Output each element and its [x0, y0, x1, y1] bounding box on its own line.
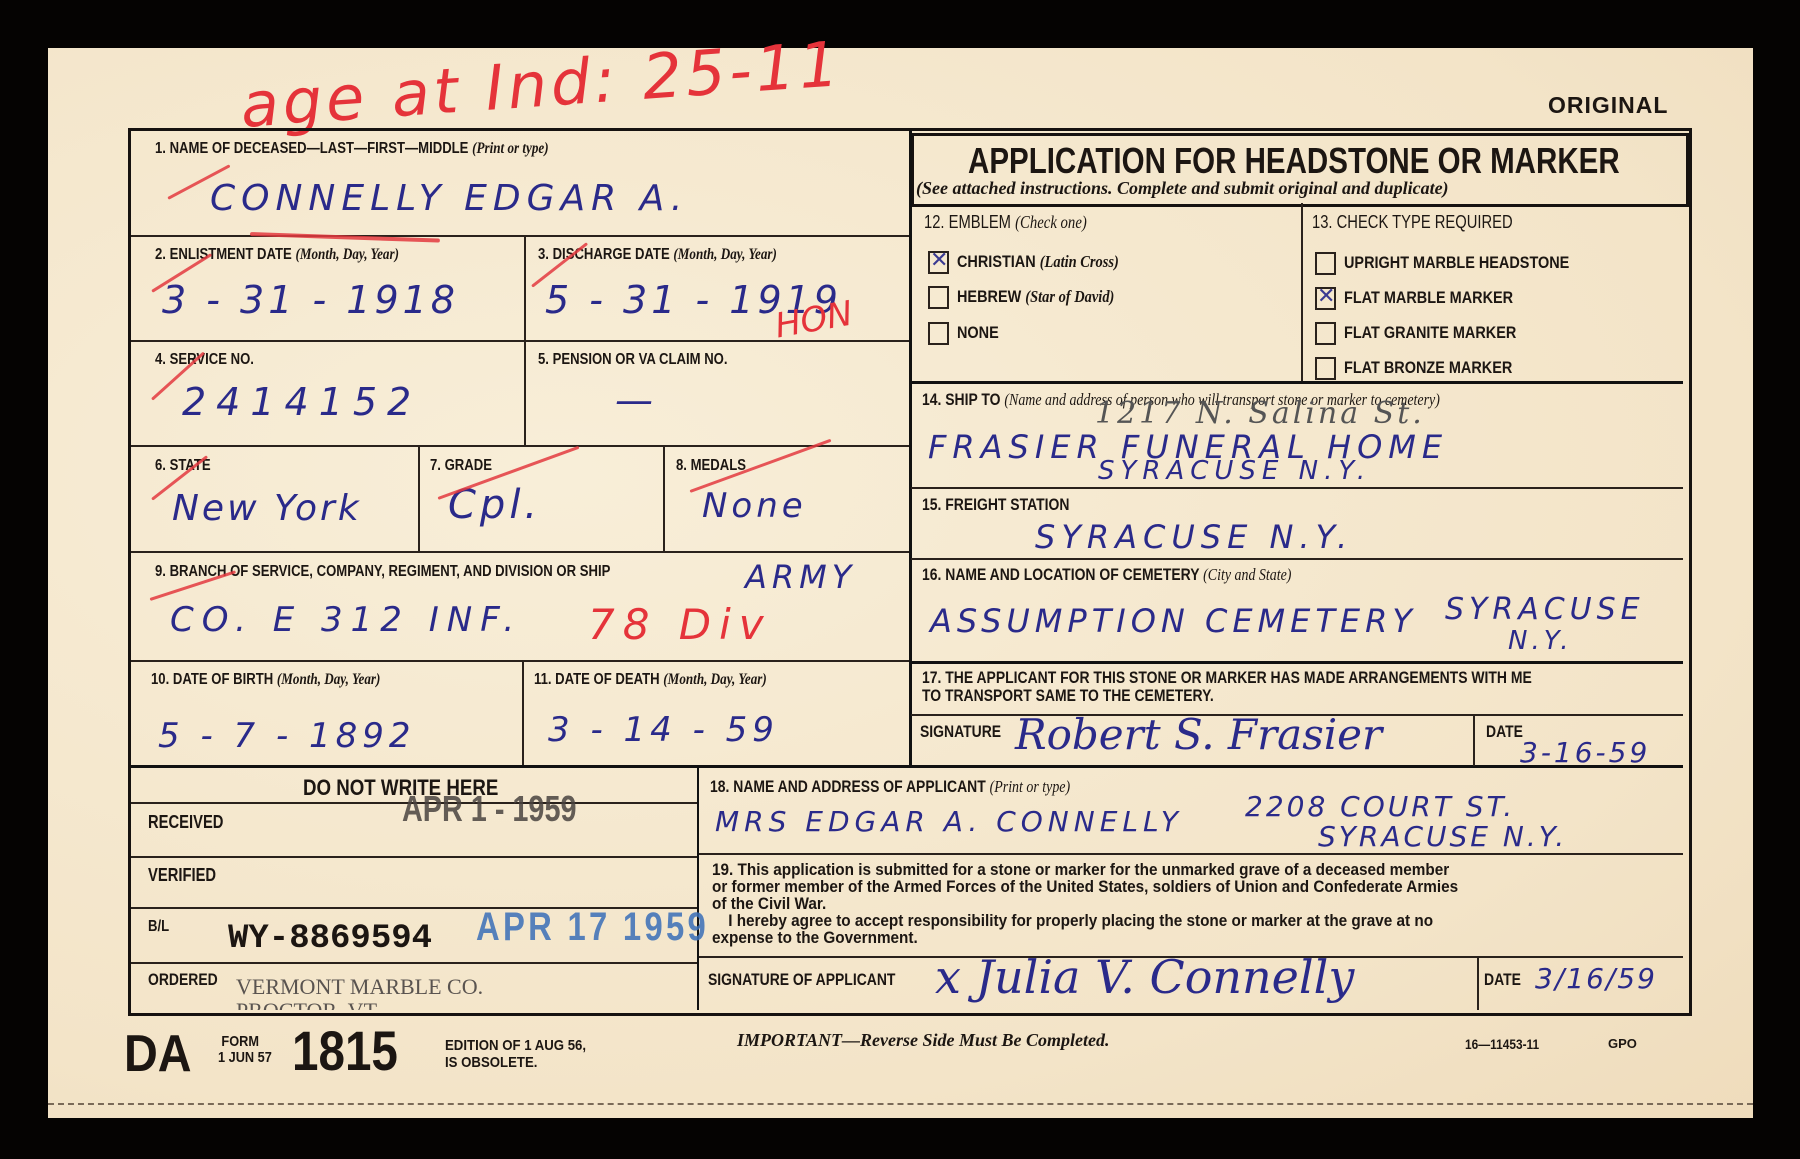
divider [131, 551, 909, 553]
form-title: APPLICATION FOR HEADSTONE OR MARKER [968, 140, 1620, 182]
type-flat-marble-checkbox[interactable] [1315, 287, 1336, 310]
field-2-label: 2. ENLISTMENT DATE (Month, Day, Year) [155, 246, 399, 264]
type-flat-bronze-label: FLAT BRONZE MARKER [1344, 358, 1512, 378]
divider [131, 856, 697, 858]
bl-date-stamp: APR 17 1959 [476, 905, 709, 950]
form-date-block: FORM 1 JUN 57 [218, 1034, 272, 1066]
type-flat-granite-checkbox[interactable] [1315, 322, 1336, 345]
divider [131, 765, 1683, 768]
form-number: 1815 [292, 1018, 398, 1083]
print-code: 16—11453-11 [1465, 1036, 1539, 1052]
ship-to-address[interactable]: 1217 N. Salina St. [1095, 396, 1425, 431]
applicant-date-value[interactable]: 3/16/59 [1535, 962, 1657, 995]
service-number-value[interactable]: 2414152 [182, 380, 421, 424]
form-prefix: DA [124, 1024, 192, 1084]
field-15-label: 15. FREIGHT STATION [922, 495, 1069, 515]
ship-to-city[interactable]: SYRACUSE N.Y. [1098, 456, 1371, 486]
divider [911, 558, 1683, 560]
transporter-date-label: DATE [1486, 722, 1523, 742]
deceased-name-value[interactable]: CONNELLY EDGAR A. [210, 178, 688, 219]
field-16-label: 16. NAME AND LOCATION OF CEMETERY (City … [922, 565, 1291, 585]
divider [418, 447, 420, 551]
field-13-label: 13. CHECK TYPE REQUIRED [1312, 212, 1513, 233]
death-date-value[interactable]: 3 - 14 - 59 [548, 710, 779, 750]
field-7-label: 7. GRADE [430, 457, 492, 475]
type-flat-marble-label: FLAT MARBLE MARKER [1344, 288, 1513, 308]
applicant-address-line2[interactable]: SYRACUSE N.Y. [1318, 820, 1567, 853]
divider [1473, 716, 1475, 766]
emblem-hebrew-label: HEBREW (Star of David) [957, 287, 1114, 307]
divider [1477, 958, 1479, 1010]
unit-value[interactable]: CO. E 312 INF. [170, 600, 522, 640]
divider [911, 381, 1683, 384]
printer-mark: GPO [1608, 1036, 1637, 1051]
bl-number[interactable]: WY-8869594 [228, 920, 432, 958]
divider [909, 130, 912, 766]
applicant-date-label: DATE [1484, 970, 1521, 990]
pension-claim-value[interactable]: — [615, 378, 659, 422]
applicant-signature[interactable]: x Julia V. Connelly [935, 950, 1354, 1004]
divider [663, 447, 665, 551]
divider [697, 768, 699, 1010]
branch-value[interactable]: ARMY [745, 558, 856, 596]
field-12-label: 12. EMBLEM (Check one) [924, 212, 1087, 233]
divider [699, 853, 1683, 855]
edition-note: EDITION OF 1 AUG 56, IS OBSOLETE. [445, 1037, 586, 1071]
divider [524, 237, 526, 445]
birth-date-value[interactable]: 5 - 7 - 1892 [158, 716, 416, 756]
divider [131, 962, 697, 964]
transporter-date-value[interactable]: 3-16-59 [1520, 736, 1650, 769]
transporter-signature[interactable]: Robert S. Frasier [1015, 710, 1382, 759]
received-label: RECEIVED [148, 812, 223, 833]
field-17-label-line2: TO TRANSPORT SAME TO THE CEMETERY. [922, 686, 1214, 706]
field-17-label-line1: 17. THE APPLICANT FOR THIS STONE OR MARK… [922, 668, 1532, 688]
enlistment-date-value[interactable]: 3 - 31 - 1918 [162, 278, 459, 322]
cemetery-name-value[interactable]: ASSUMPTION CEMETERY [930, 602, 1417, 640]
medals-value[interactable]: None [702, 486, 807, 526]
emblem-christian-label: CHRISTIAN (Latin Cross) [957, 252, 1119, 272]
divider [911, 661, 1683, 664]
field-1-label: 1. NAME OF DECEASED—LAST—FIRST—MIDDLE (P… [155, 140, 549, 158]
ordered-stamp-line1: VERMONT MARBLE CO. [236, 974, 483, 1000]
ordered-label: ORDERED [148, 970, 218, 990]
applicant-signature-label: SIGNATURE OF APPLICANT [708, 970, 895, 990]
perforation-line [48, 1103, 1753, 1105]
received-stamp: APR 1 - 1959 [402, 788, 576, 830]
state-value[interactable]: New York [172, 488, 362, 529]
divider [1301, 203, 1303, 381]
type-flat-bronze-checkbox[interactable] [1315, 357, 1336, 380]
division-annotation: 78 Div [588, 600, 772, 649]
ordered-stamp-line2: PROCTOR, VT. [236, 998, 381, 1010]
field-18-label: 18. NAME AND ADDRESS OF APPLICANT (Print… [710, 777, 1070, 797]
divider [131, 445, 909, 447]
field-19-statement: 19. This application is submitted for a … [712, 861, 1458, 946]
freight-station-value[interactable]: SYRACUSE N.Y. [1035, 518, 1353, 556]
field-11-label: 11. DATE OF DEATH (Month, Day, Year) [534, 671, 767, 689]
divider [911, 487, 1683, 489]
form-subtitle: (See attached instructions. Complete and… [916, 178, 1449, 199]
emblem-christian-checkbox[interactable] [928, 251, 949, 274]
type-upright-marble-label: UPRIGHT MARBLE HEADSTONE [1344, 253, 1569, 273]
cemetery-city-value[interactable]: SYRACUSE [1445, 592, 1645, 627]
cemetery-state-value[interactable]: N.Y. [1508, 626, 1573, 656]
field-9-label: 9. BRANCH OF SERVICE, COMPANY, REGIMENT,… [155, 563, 610, 581]
field-5-label: 5. PENSION OR VA CLAIM NO. [538, 351, 728, 369]
divider [522, 662, 524, 765]
emblem-hebrew-checkbox[interactable] [928, 286, 949, 309]
field-10-label: 10. DATE OF BIRTH (Month, Day, Year) [151, 671, 380, 689]
divider [131, 235, 909, 237]
emblem-none-label: NONE [957, 323, 999, 343]
divider [131, 660, 909, 662]
important-note: IMPORTANT—Reverse Side Must Be Completed… [737, 1030, 1110, 1051]
type-flat-granite-label: FLAT GRANITE MARKER [1344, 323, 1516, 343]
type-upright-marble-checkbox[interactable] [1315, 252, 1336, 275]
applicant-address-line1[interactable]: 2208 COURT ST. [1245, 790, 1515, 823]
verified-label: VERIFIED [148, 865, 216, 886]
copy-label: ORIGINAL [1548, 92, 1668, 119]
transporter-signature-label: SIGNATURE [920, 722, 1001, 742]
applicant-name-value[interactable]: MRS EDGAR A. CONNELLY [715, 805, 1183, 838]
bl-label: B/L [148, 918, 169, 936]
emblem-none-checkbox[interactable] [928, 322, 949, 345]
